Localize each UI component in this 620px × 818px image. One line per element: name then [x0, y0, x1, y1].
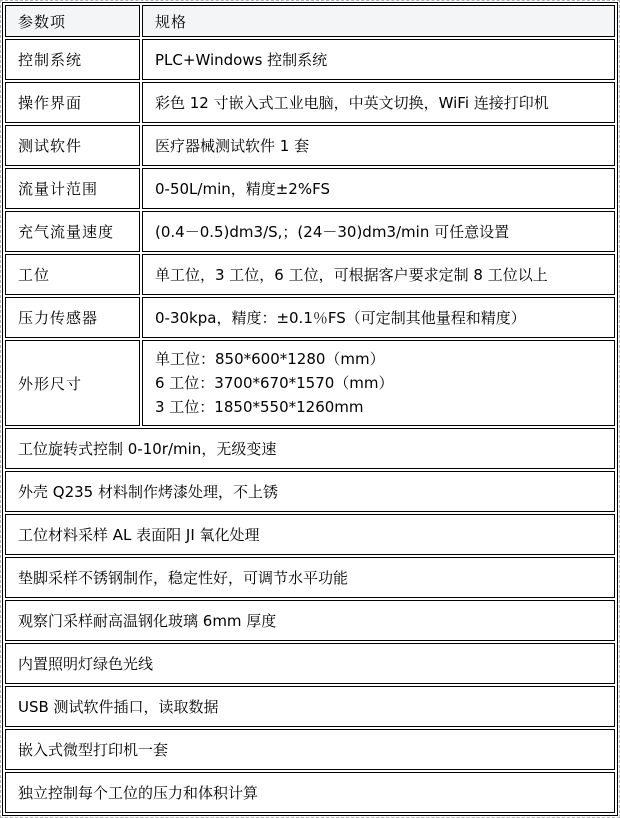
feature-cell: USB 测试软件插口，读取数据 — [5, 686, 615, 727]
spec-header-cell: 规格 — [142, 5, 615, 37]
param-cell: 工位 — [5, 254, 140, 295]
param-cell: 外形尺寸 — [5, 340, 140, 426]
param-cell: 控制系统 — [5, 39, 140, 80]
feature-row: 外壳 Q235 材料制作烤漆处理，不上锈 — [5, 471, 615, 512]
param-header-cell: 参数项 — [5, 5, 140, 37]
feature-row: 嵌入式微型打印机一套 — [5, 729, 615, 770]
feature-cell: 嵌入式微型打印机一套 — [5, 729, 615, 770]
page-container: 参数项 规格 控制系统 PLC+Windows 控制系统 操作界面 彩色 12 … — [0, 0, 620, 818]
feature-cell: 外壳 Q235 材料制作烤漆处理，不上锈 — [5, 471, 615, 512]
feature-row: 独立控制每个工位的压力和体积计算 — [5, 772, 615, 813]
table-row: 工位 单工位，3 工位，6 工位，可根据客户要求定制 8 工位以上 — [5, 254, 615, 295]
dimension-line: 3 工位：1850*550*1260mm — [155, 395, 604, 419]
value-cell: 0-50L/min，精度±2%FS — [142, 168, 615, 209]
table-row: 控制系统 PLC+Windows 控制系统 — [5, 39, 615, 80]
feature-row: 垫脚采样不锈钢制作，稳定性好，可调节水平功能 — [5, 557, 615, 598]
feature-row: 工位材料采样 AL 表面阳 JI 氧化处理 — [5, 514, 615, 555]
table-row: 流量计范围 0-50L/min，精度±2%FS — [5, 168, 615, 209]
feature-cell: 垫脚采样不锈钢制作，稳定性好，可调节水平功能 — [5, 557, 615, 598]
dimension-line: 单工位：850*600*1280（mm） — [155, 347, 604, 371]
dimension-line: 6 工位：3700*670*1570（mm） — [155, 371, 604, 395]
value-cell: 0-30kpa，精度：±0.1％FS（可定制其他量程和精度） — [142, 297, 615, 338]
value-cell: 彩色 12 寸嵌入式工业电脑，中英文切换，WiFi 连接打印机 — [142, 82, 615, 123]
param-cell: 操作界面 — [5, 82, 140, 123]
table-row: 操作界面 彩色 12 寸嵌入式工业电脑，中英文切换，WiFi 连接打印机 — [5, 82, 615, 123]
param-cell: 测试软件 — [5, 125, 140, 166]
feature-cell: 独立控制每个工位的压力和体积计算 — [5, 772, 615, 813]
value-cell: 医疗器械测试软件 1 套 — [142, 125, 615, 166]
feature-cell: 工位旋转式控制 0-10r/min，无级变速 — [5, 428, 615, 469]
spec-table: 参数项 规格 控制系统 PLC+Windows 控制系统 操作界面 彩色 12 … — [2, 2, 618, 816]
param-cell: 充气流量速度 — [5, 211, 140, 252]
table-row-dimensions: 外形尺寸 单工位：850*600*1280（mm） 6 工位：3700*670*… — [5, 340, 615, 426]
param-cell: 压力传感器 — [5, 297, 140, 338]
feature-cell: 工位材料采样 AL 表面阳 JI 氧化处理 — [5, 514, 615, 555]
table-row: 测试软件 医疗器械测试软件 1 套 — [5, 125, 615, 166]
value-cell-dimensions: 单工位：850*600*1280（mm） 6 工位：3700*670*1570（… — [142, 340, 615, 426]
value-cell: (0.4－0.5)dm3/S,；(24－30)dm3/min 可任意设置 — [142, 211, 615, 252]
feature-row: 内置照明灯绿色光线 — [5, 643, 615, 684]
feature-cell: 观察门采样耐高温钢化玻璃 6mm 厚度 — [5, 600, 615, 641]
feature-row: 工位旋转式控制 0-10r/min，无级变速 — [5, 428, 615, 469]
param-cell: 流量计范围 — [5, 168, 140, 209]
table-row: 压力传感器 0-30kpa，精度：±0.1％FS（可定制其他量程和精度） — [5, 297, 615, 338]
feature-row: 观察门采样耐高温钢化玻璃 6mm 厚度 — [5, 600, 615, 641]
value-cell: PLC+Windows 控制系统 — [142, 39, 615, 80]
feature-row: USB 测试软件插口，读取数据 — [5, 686, 615, 727]
table-row: 充气流量速度 (0.4－0.5)dm3/S,；(24－30)dm3/min 可任… — [5, 211, 615, 252]
table-header-row: 参数项 规格 — [5, 5, 615, 37]
value-cell: 单工位，3 工位，6 工位，可根据客户要求定制 8 工位以上 — [142, 254, 615, 295]
feature-cell: 内置照明灯绿色光线 — [5, 643, 615, 684]
